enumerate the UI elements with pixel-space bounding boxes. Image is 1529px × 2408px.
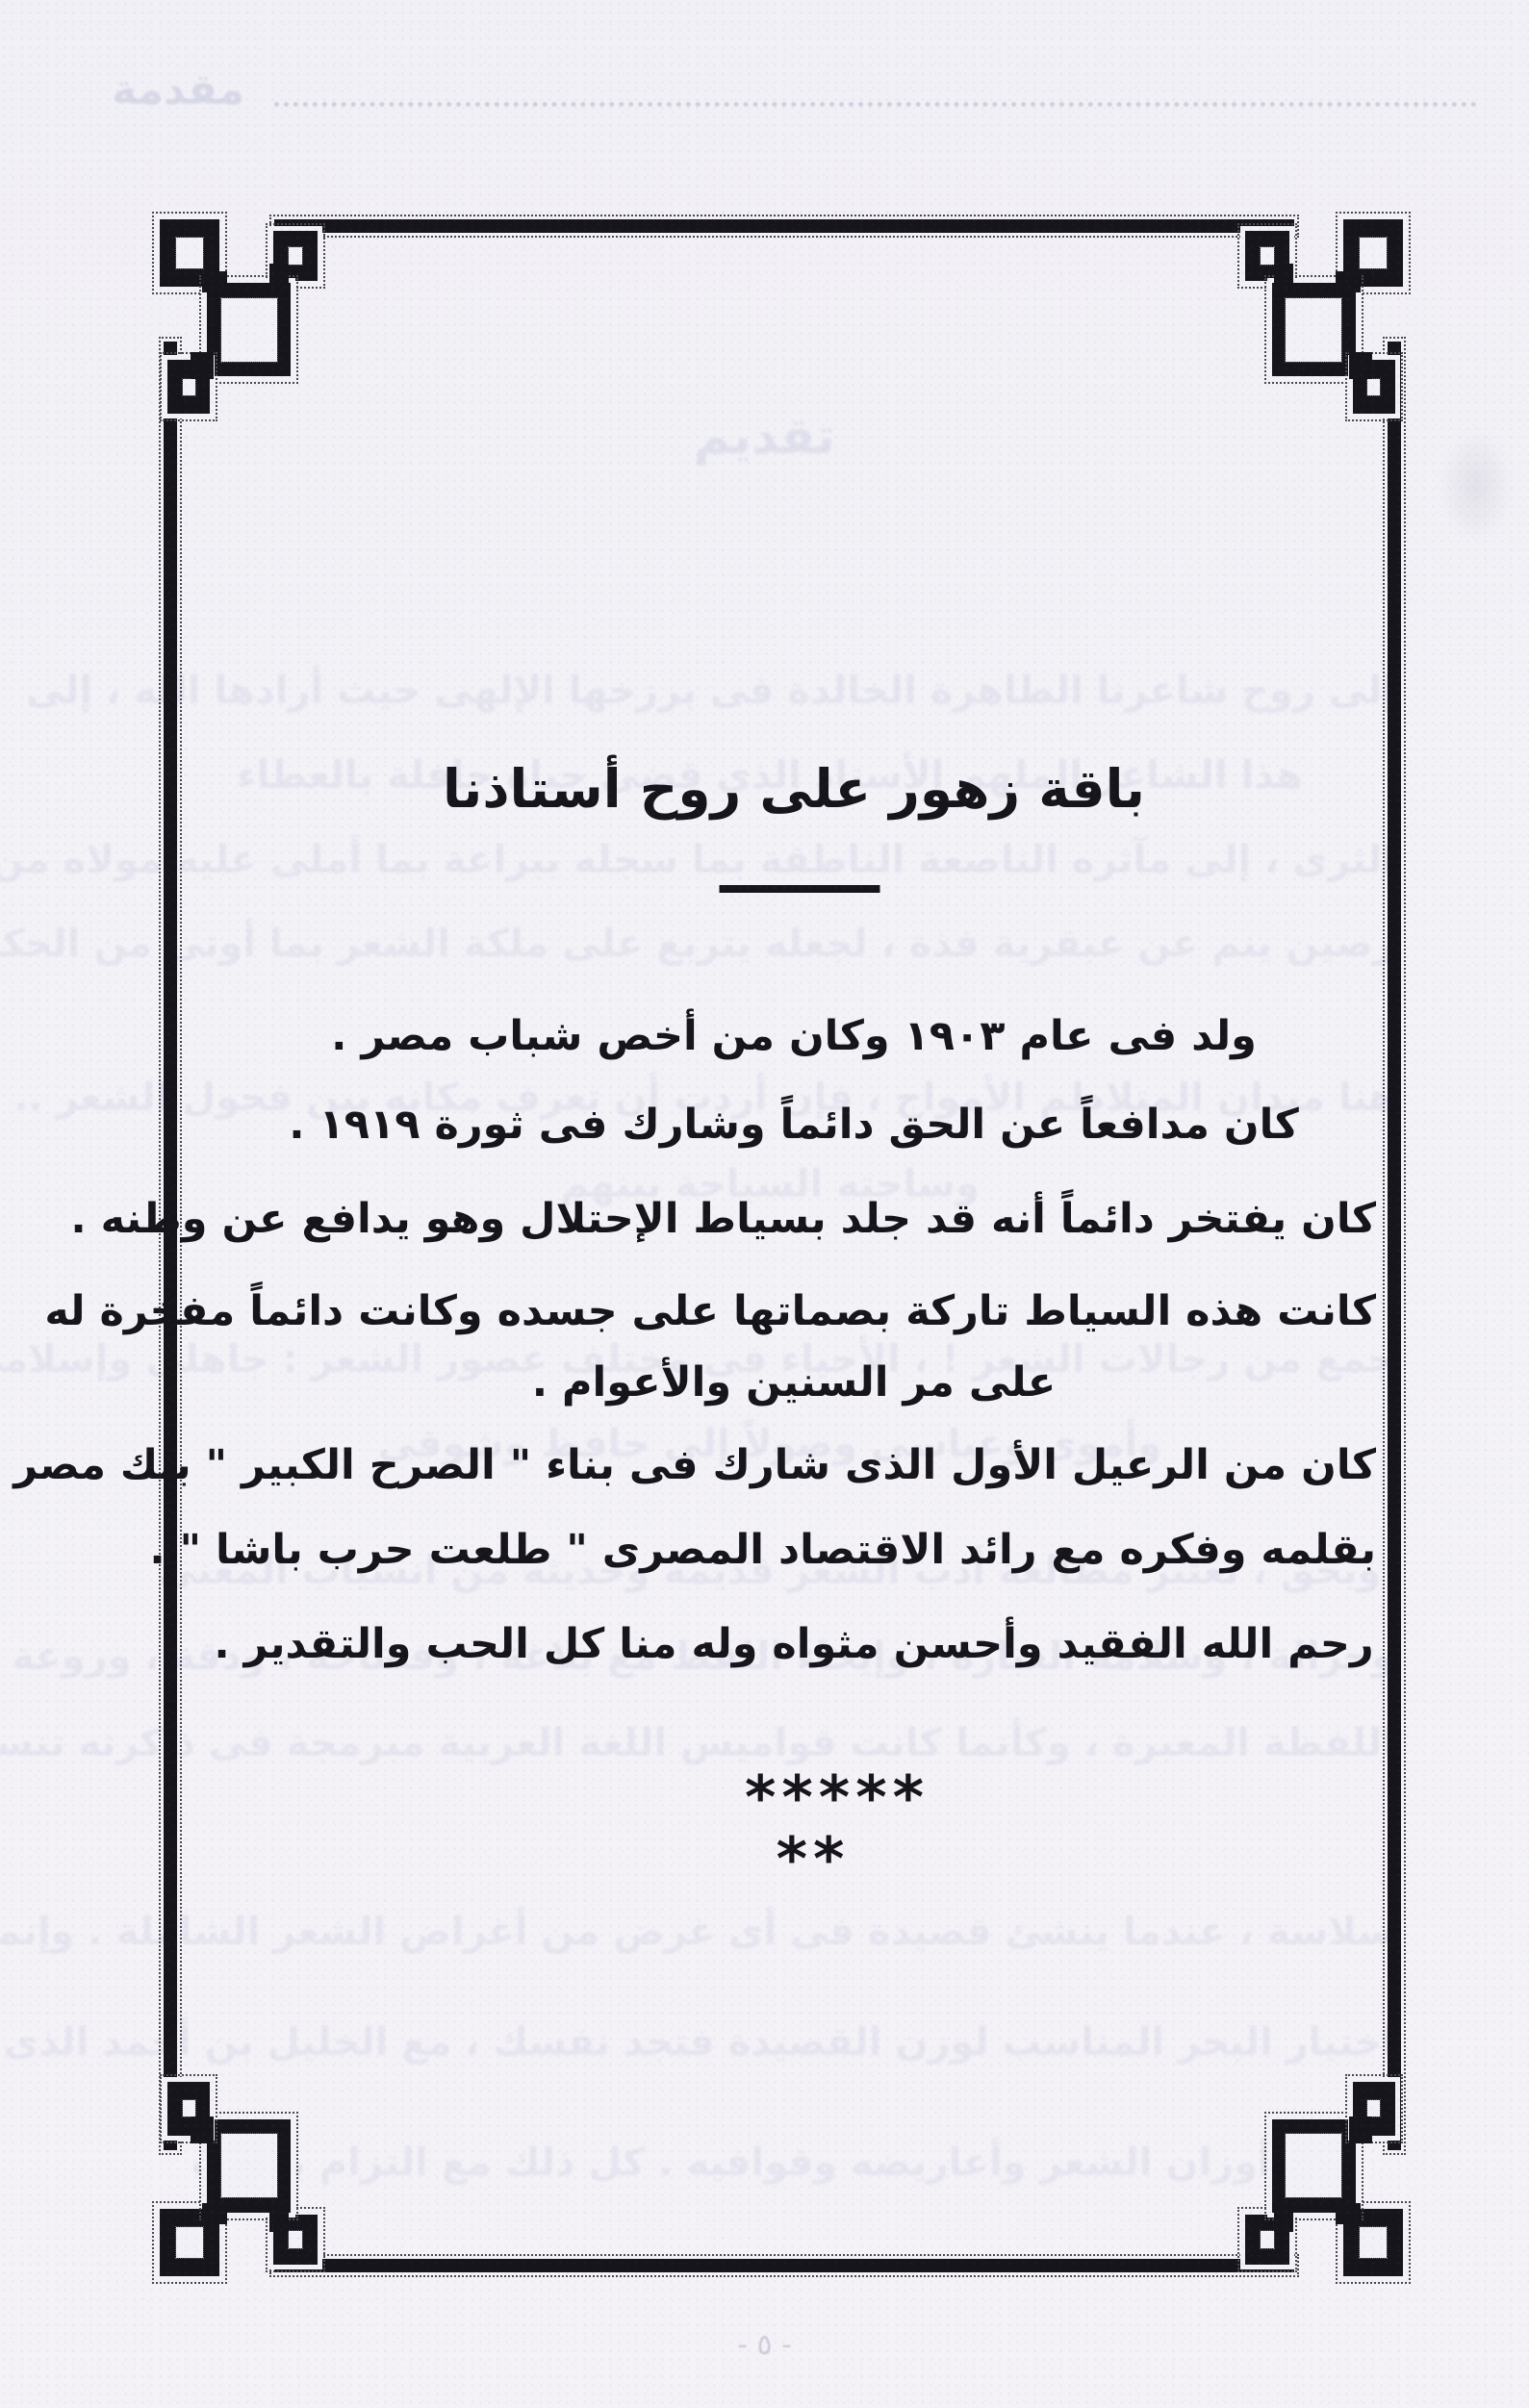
ghost-line: رصين ينم عن عبقرية فذة ، لجعله يتربع على… (144, 922, 1395, 966)
corner-link (1336, 271, 1361, 292)
corner-square-hole (1360, 2227, 1387, 2258)
corner-link (191, 2117, 214, 2143)
corner-square (1272, 2119, 1356, 2213)
ghost-line: الثرى ، إلى مآثره الناصعة الناطقة بما سج… (144, 838, 1395, 882)
corner-square-hole (1261, 247, 1274, 265)
corner-link (1349, 352, 1372, 379)
dedication-line: رحم الله الفقيد وأحسن مثواه وله منا كل ا… (212, 1616, 1376, 1672)
corner-link (202, 271, 227, 292)
title-underline-rule (720, 885, 880, 893)
corner-square-hole (221, 2135, 277, 2198)
corner-link (1274, 264, 1293, 291)
dedication-line: كان من الرعيل الأول الذى شارك فى بناء " … (212, 1437, 1376, 1493)
corner-square-hole (221, 298, 277, 362)
frame-corner-ornament-top-left (152, 208, 441, 458)
corner-link (1274, 2205, 1293, 2232)
corner-link (1349, 2117, 1372, 2143)
ghost-line: إلى روح شاعرنا الطاهرة الخالدة فى برزخها… (144, 669, 1395, 713)
asterisk-separator-row-2: ** (231, 1830, 1395, 1889)
ghost-line: اللفظة المعبرة ، وكأنما كانت قواميس اللغ… (144, 1721, 1395, 1765)
dedication-line: كان مدافعاً عن الحق دائماً وشارك فى ثورة… (212, 1097, 1376, 1153)
corner-link (191, 352, 214, 379)
corner-square-hole (289, 2231, 302, 2248)
corner-square-hole (1360, 238, 1387, 268)
corner-link (269, 2205, 289, 2232)
corner-square-hole (1368, 379, 1381, 395)
frame-corner-ornament-bottom-right (1122, 2038, 1411, 2288)
corner-square-hole (176, 2227, 203, 2258)
header-rule (274, 102, 1477, 107)
corner-square-hole (183, 2101, 195, 2117)
asterisk-separator-row-1: ***** (255, 1768, 1419, 1828)
corner-square-hole (176, 238, 203, 268)
corner-square-hole (183, 379, 195, 395)
corner-square-hole (1368, 2101, 1381, 2117)
frame-corner-ornament-bottom-left (152, 2038, 441, 2288)
ghost-line: سلاسة ، عندما ينشئ قصيدة فى أى غرض من أغ… (144, 1910, 1395, 1954)
corner-square-hole (289, 247, 302, 265)
dedication-line: كانت هذه السياط تاركة بصماتها على جسده و… (212, 1283, 1376, 1339)
corner-square (207, 2119, 291, 2213)
frame-corner-ornament-top-right (1122, 208, 1411, 458)
corner-square (207, 283, 291, 376)
corner-link (269, 264, 289, 291)
dedication-line: بقلمه وفكره مع رائد الاقتصاد المصرى " طل… (212, 1522, 1376, 1578)
dedication-line: ولد فى عام ١٩٠٣ وكان من أخص شباب مصر . (212, 1008, 1376, 1064)
corner-link (1336, 2203, 1361, 2224)
corner-square-hole (1261, 2231, 1274, 2248)
calligraphic-title: باقة زهور على روح أستاذنا (212, 758, 1376, 820)
dedication-line: على مر السنين والأعوام . (212, 1355, 1376, 1410)
corner-square-hole (1287, 298, 1342, 362)
corner-square (1272, 283, 1356, 376)
header-ghost-word: مقدمة (112, 65, 244, 114)
page-number: - ٥ - (0, 2328, 1529, 2362)
dedication-line: كان يفتخر دائماً أنه قد جلد بسياط الإحتل… (212, 1191, 1376, 1247)
corner-link (202, 2203, 227, 2224)
corner-square-hole (1287, 2135, 1342, 2198)
